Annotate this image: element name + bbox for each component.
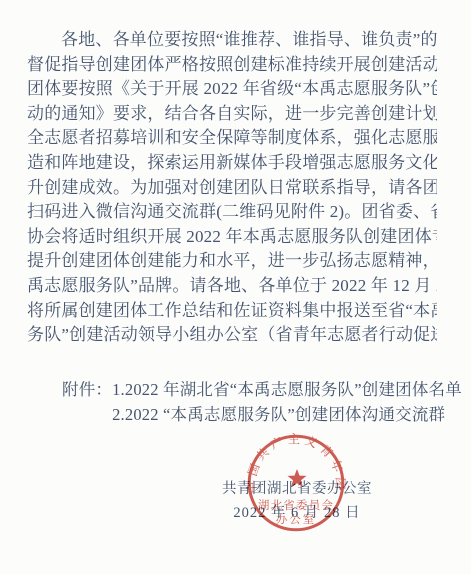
body-line: 提升创建团体创建能力和水平，进一步弘扬志愿精神，打造“本	[27, 249, 437, 274]
body-line: 全志愿者招募培训和安全保障等制度体系，强化志愿服务项目打	[27, 126, 437, 151]
attachment-item: 2.2022 “本禹志愿服务队”创建团体沟通交流群	[112, 402, 462, 427]
attachment-item: 1.2022 年湖北省“本禹志愿服务队”创建团体名单	[112, 377, 462, 402]
body-line: 督促指导创建团体严格按照创建标准持续开展创建活动。各创建	[27, 53, 437, 78]
body-line: 将所属创建团体工作总结和佐证资料集中报送至省“本禹志愿服	[27, 299, 437, 324]
body-line: 团体要按照《关于开展 2022 年省级“本禹志愿服务队”创建活	[27, 77, 437, 102]
body-line: 协会将适时组织开展 2022 年本禹志愿服务队创建团体专项培训，	[27, 225, 437, 250]
body-line: 扫码进入微信沟通交流群(二维码见附件 2)。团省委、省志愿者	[27, 200, 437, 225]
attachments-label: 附件：	[62, 377, 112, 428]
body-line: 升创建成效。为加强对创建团队日常联系指导，请各团队负责人	[27, 176, 437, 201]
signature-block: 共青团湖北省委办公室 2022 年 6 月 28 日	[186, 481, 408, 522]
body-line: 各地、各单位要按照“谁推荐、谁指导、谁负责”的原则，	[27, 28, 437, 53]
issuing-office: 共青团湖北省委办公室	[186, 481, 408, 498]
body-line: 禹志愿服务队”品牌。请各地、各单位于 2022 年 12 月 24 日前，	[27, 274, 437, 299]
body-paragraph: 各地、各单位要按照“谁推荐、谁指导、谁负责”的原则， 督促指导创建团体严格按照创…	[27, 28, 437, 348]
document-page: 各地、各单位要按照“谁推荐、谁指导、谁负责”的原则， 督促指导创建团体严格按照创…	[0, 0, 471, 574]
attachments-block: 附件： 1.2022 年湖北省“本禹志愿服务队”创建团体名单 2.2022 “本…	[62, 377, 462, 428]
body-line: 动的通知》要求，结合各自实际，进一步完善创建计划，着力健	[27, 102, 437, 127]
issue-date: 2022 年 6 月 28 日	[186, 505, 408, 522]
body-line: 务队”创建活动领导小组办公室（省青年志愿者行动促进中心）。	[27, 323, 437, 348]
body-line: 造和阵地建设，探索运用新媒体手段增强志愿服务文化传播，提	[27, 151, 437, 176]
